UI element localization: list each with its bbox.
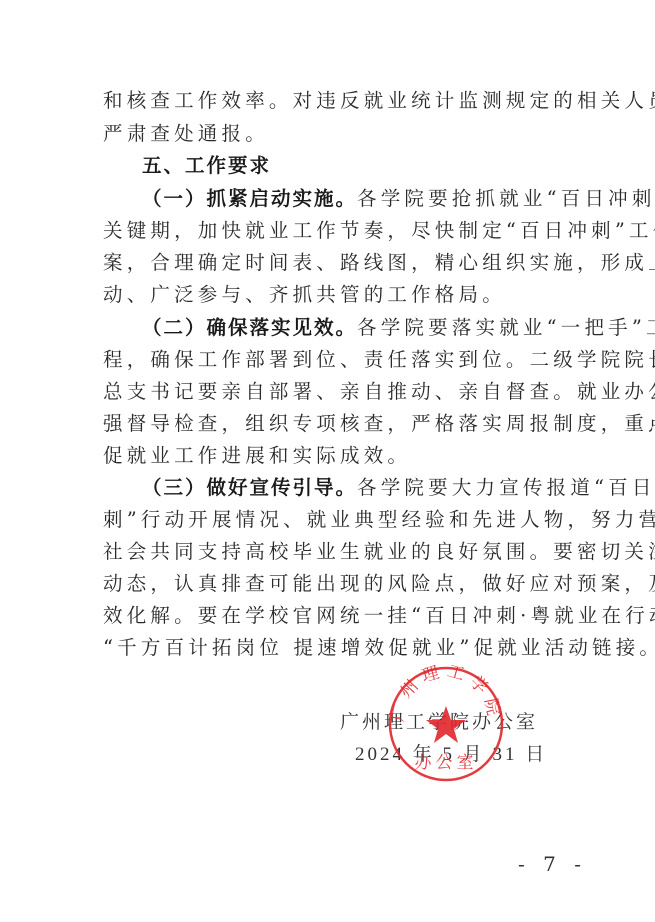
paragraph-line: “千方百计拓岗位 提速增效促就业”促就业活动链接。 [103,635,583,661]
paragraph-line: 关键期，加快就业工作节奏，尽快制定“百日冲刺”工作方 [103,218,583,244]
paragraph-line: 动、广泛参与、齐抓共管的工作格局。 [103,282,583,308]
item-2-first-line: （二）确保落实见效。各学院要落实就业“一把手”工 [142,315,622,341]
paragraph-line: 案，合理确定时间表、路线图，精心组织实施，形成上下联 [103,250,583,276]
item-1-text: 各学院要抢抓就业“百日冲刺” [357,187,655,210]
item-1-first-line: （一）抓紧启动实施。各学院要抢抓就业“百日冲刺” [142,186,622,212]
paragraph-line: 总支书记要亲自部署、亲自推动、亲自督查。就业办公室加 [103,379,583,405]
paragraph-line: 和核查工作效率。对违反就业统计监测规定的相关人员，要 [103,88,583,114]
item-2-title: （二）确保落实见效。 [142,316,357,339]
section-heading: 五、工作要求 [142,153,622,179]
paragraph-line: 促就业工作进展和实际成效。 [103,443,583,469]
item-3-text: 各学院要大力宣传报道“百日冲 [357,476,655,499]
item-1-title: （一）抓紧启动实施。 [142,187,357,210]
page-number: - 7 - [518,852,587,876]
item-3-first-line: （三）做好宣传引导。各学院要大力宣传报道“百日冲 [142,475,622,501]
item-2-text: 各学院要落实就业“一把手”工 [357,316,655,339]
svg-text:办公室: 办公室 [415,753,478,773]
paragraph-line: 强督导检查，组织专项核查，严格落实周报制度，重点监测 [103,411,583,437]
paragraph-line: 程，确保工作部署到位、责任落实到位。二级学院院长、党 [103,347,583,373]
paragraph-line: 严肃查处通报。 [103,121,583,147]
paragraph-line: 刺”行动开展情况、就业典型经验和先进人物，努力营造全 [103,507,583,533]
paragraph-line: 社会共同支持高校毕业生就业的良好氛围。要密切关注舆情 [103,539,583,565]
paragraph-line: 动态，认真排查可能出现的风险点，做好应对预案，及时有 [103,571,583,597]
official-seal-icon: 广州理工学院 办公室 [386,664,506,784]
item-3-title: （三）做好宣传引导。 [142,476,357,499]
paragraph-line: 效化解。要在学校官网统一挂“百日冲刺·粤就业在行动” [103,603,583,629]
